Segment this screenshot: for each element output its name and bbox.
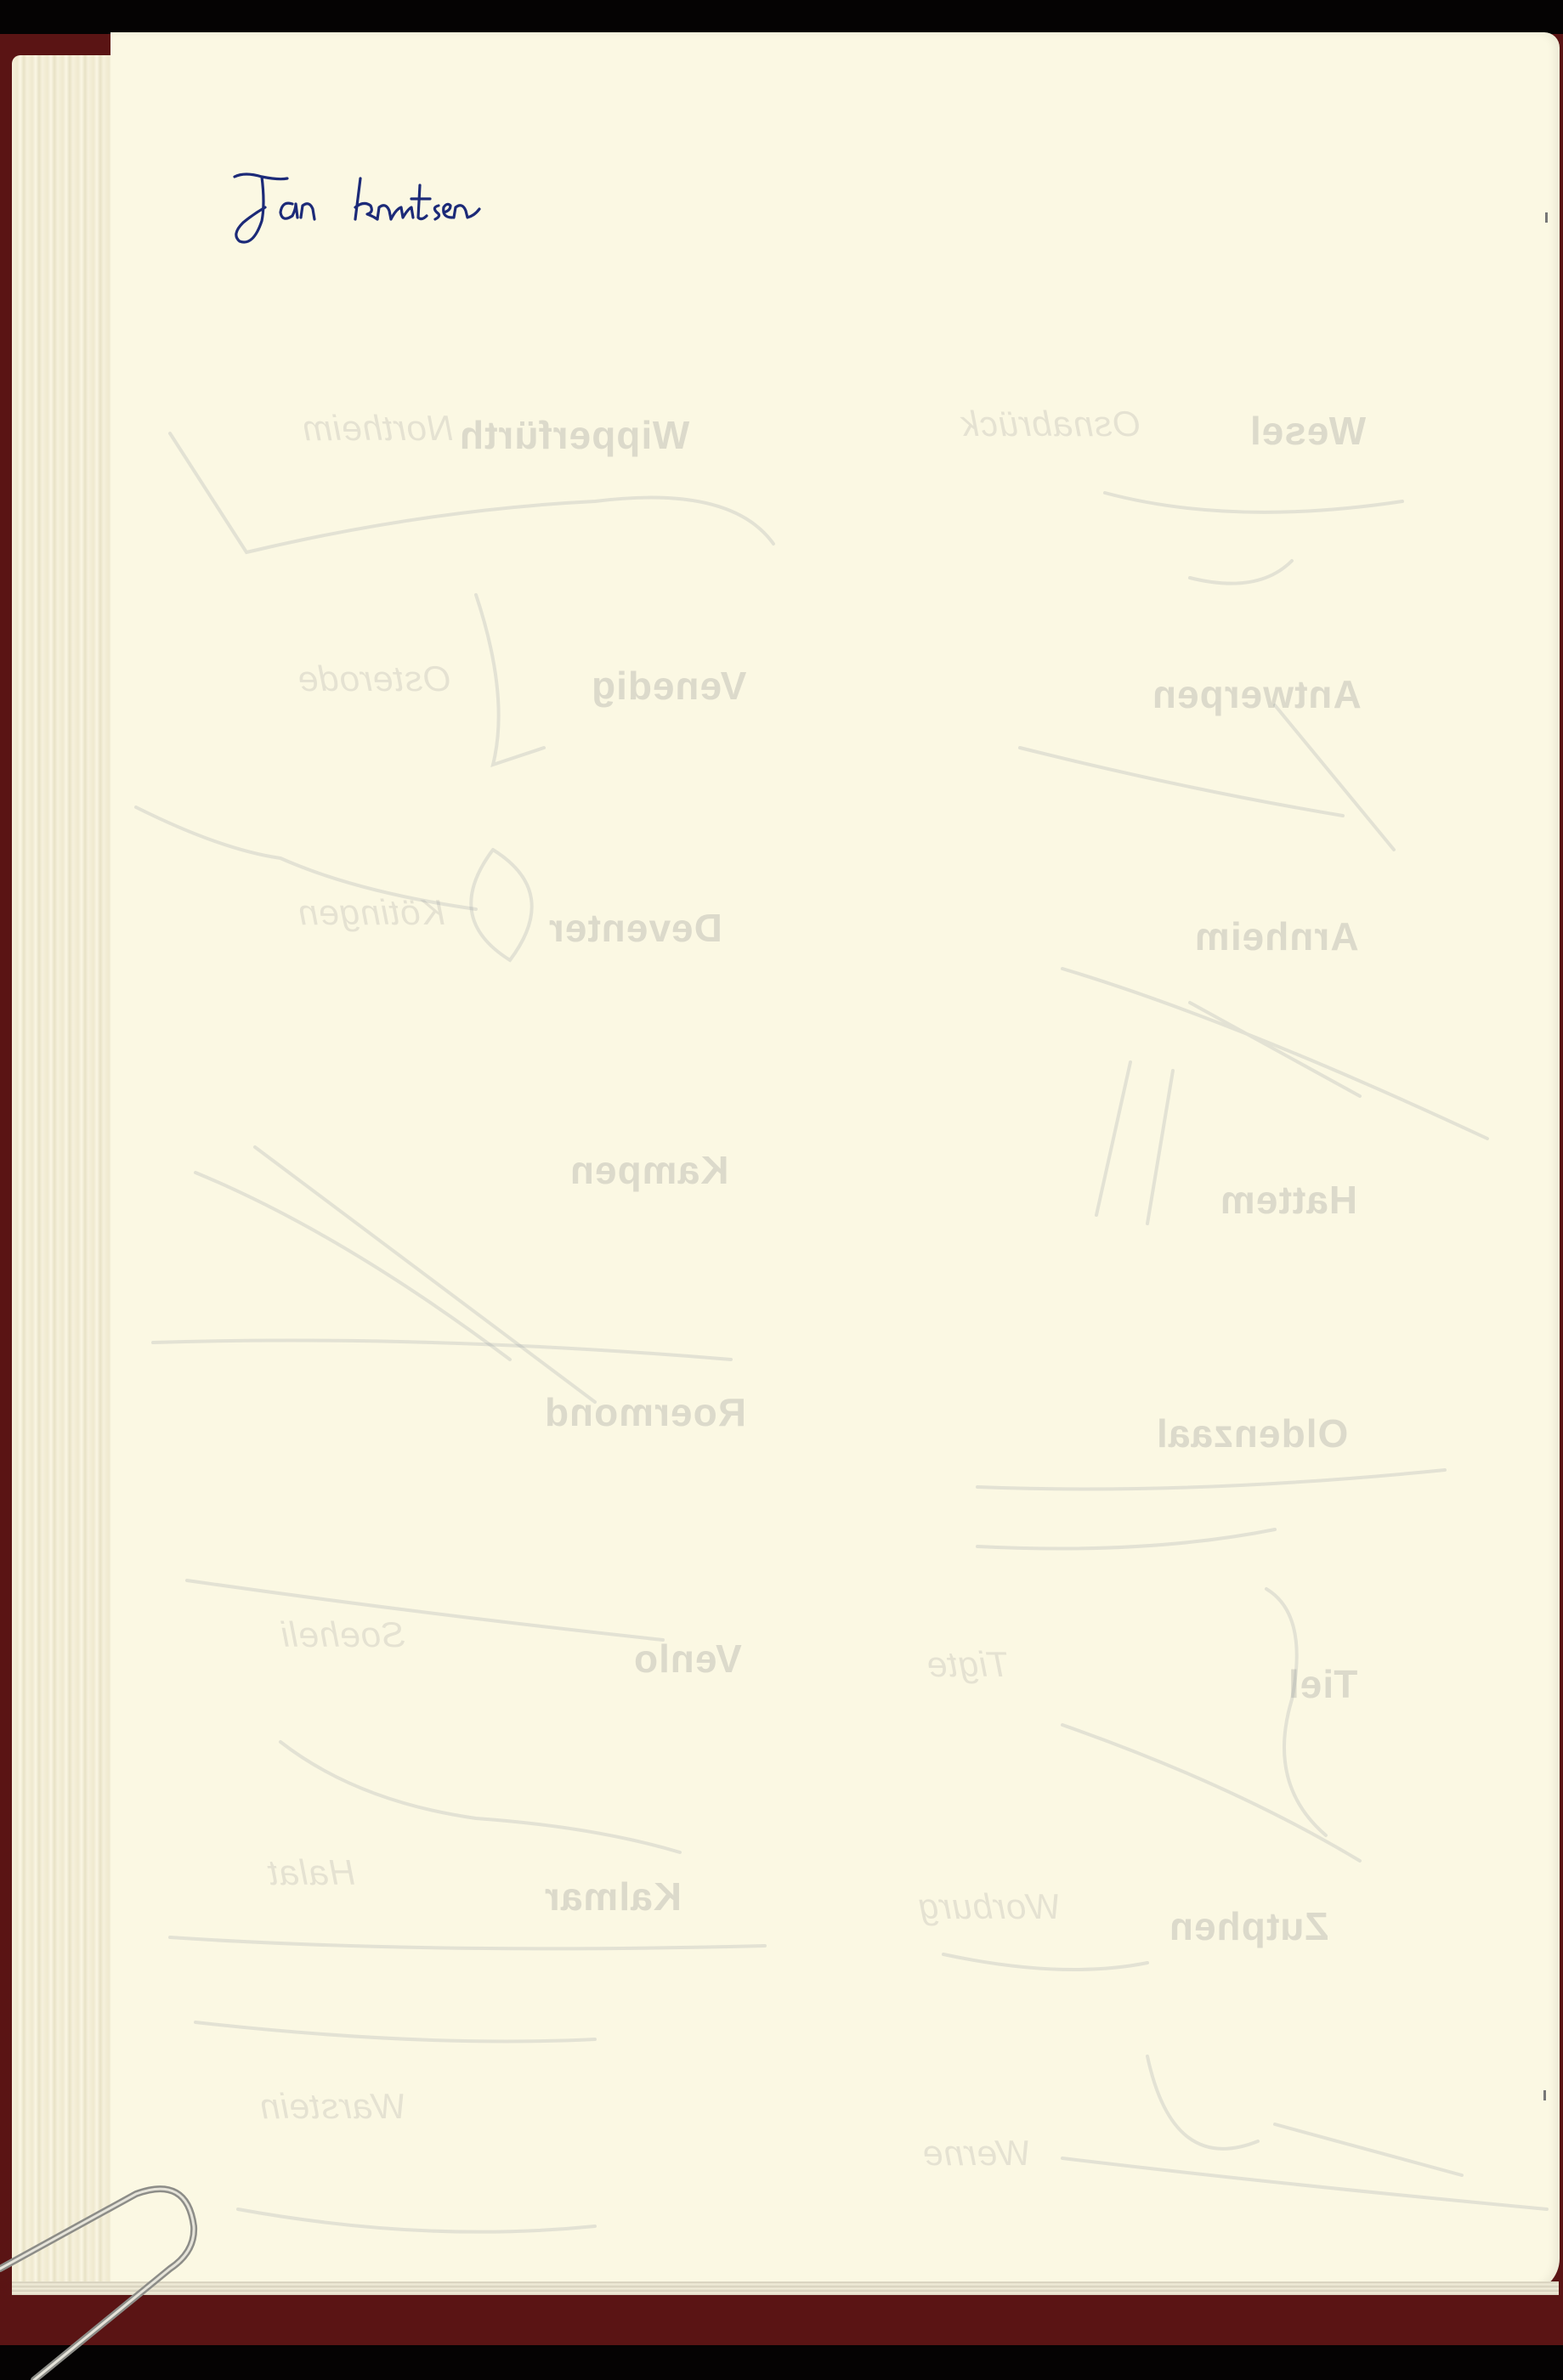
- bleed-label: Venedig: [591, 663, 746, 709]
- margin-mark: [1543, 2090, 1546, 2100]
- bleed-label: Tiel: [1288, 1661, 1357, 1707]
- bleed-label: Kampen: [569, 1147, 728, 1193]
- handwritten-signature: Jan Knutsen: [228, 153, 508, 255]
- bleed-label: Zutphen: [1169, 1903, 1328, 1949]
- bleed-label: Kötingen: [297, 892, 445, 933]
- book-page: [110, 32, 1560, 2292]
- bleed-label: Soeheli: [280, 1614, 405, 1655]
- bleed-label: Arnheim: [1194, 913, 1359, 959]
- bleed-label: Tigte: [926, 1644, 1010, 1685]
- bleed-label: Osterode: [297, 659, 451, 699]
- bleed-label: Wesel: [1249, 408, 1366, 454]
- bleed-label: Oldenzaal: [1156, 1410, 1348, 1456]
- page-stack-edge: [12, 55, 119, 2294]
- bleed-label: Wipperfürth: [459, 412, 689, 458]
- bleed-label: Worburg: [918, 1886, 1061, 1927]
- bleed-label: Halat: [268, 1852, 355, 1893]
- page-bottom-edge: [12, 2281, 1559, 2295]
- bleed-label: Antwerpen: [1152, 671, 1362, 717]
- bleed-label: Deventer: [548, 905, 722, 951]
- bleed-label: Kalmar: [544, 1874, 682, 1919]
- bleed-label: Hattem: [1220, 1177, 1357, 1223]
- paperclip: [0, 2175, 204, 2380]
- margin-mark: [1545, 212, 1548, 223]
- bleed-label: Northeim: [302, 408, 453, 449]
- bleed-label: Werne: [922, 2133, 1031, 2174]
- bleed-label: Venlo: [633, 1636, 742, 1682]
- bleed-label: Warstein: [259, 2086, 406, 2127]
- bleed-label: Osnabrück: [960, 404, 1141, 444]
- bleed-label: Roermond: [544, 1389, 746, 1435]
